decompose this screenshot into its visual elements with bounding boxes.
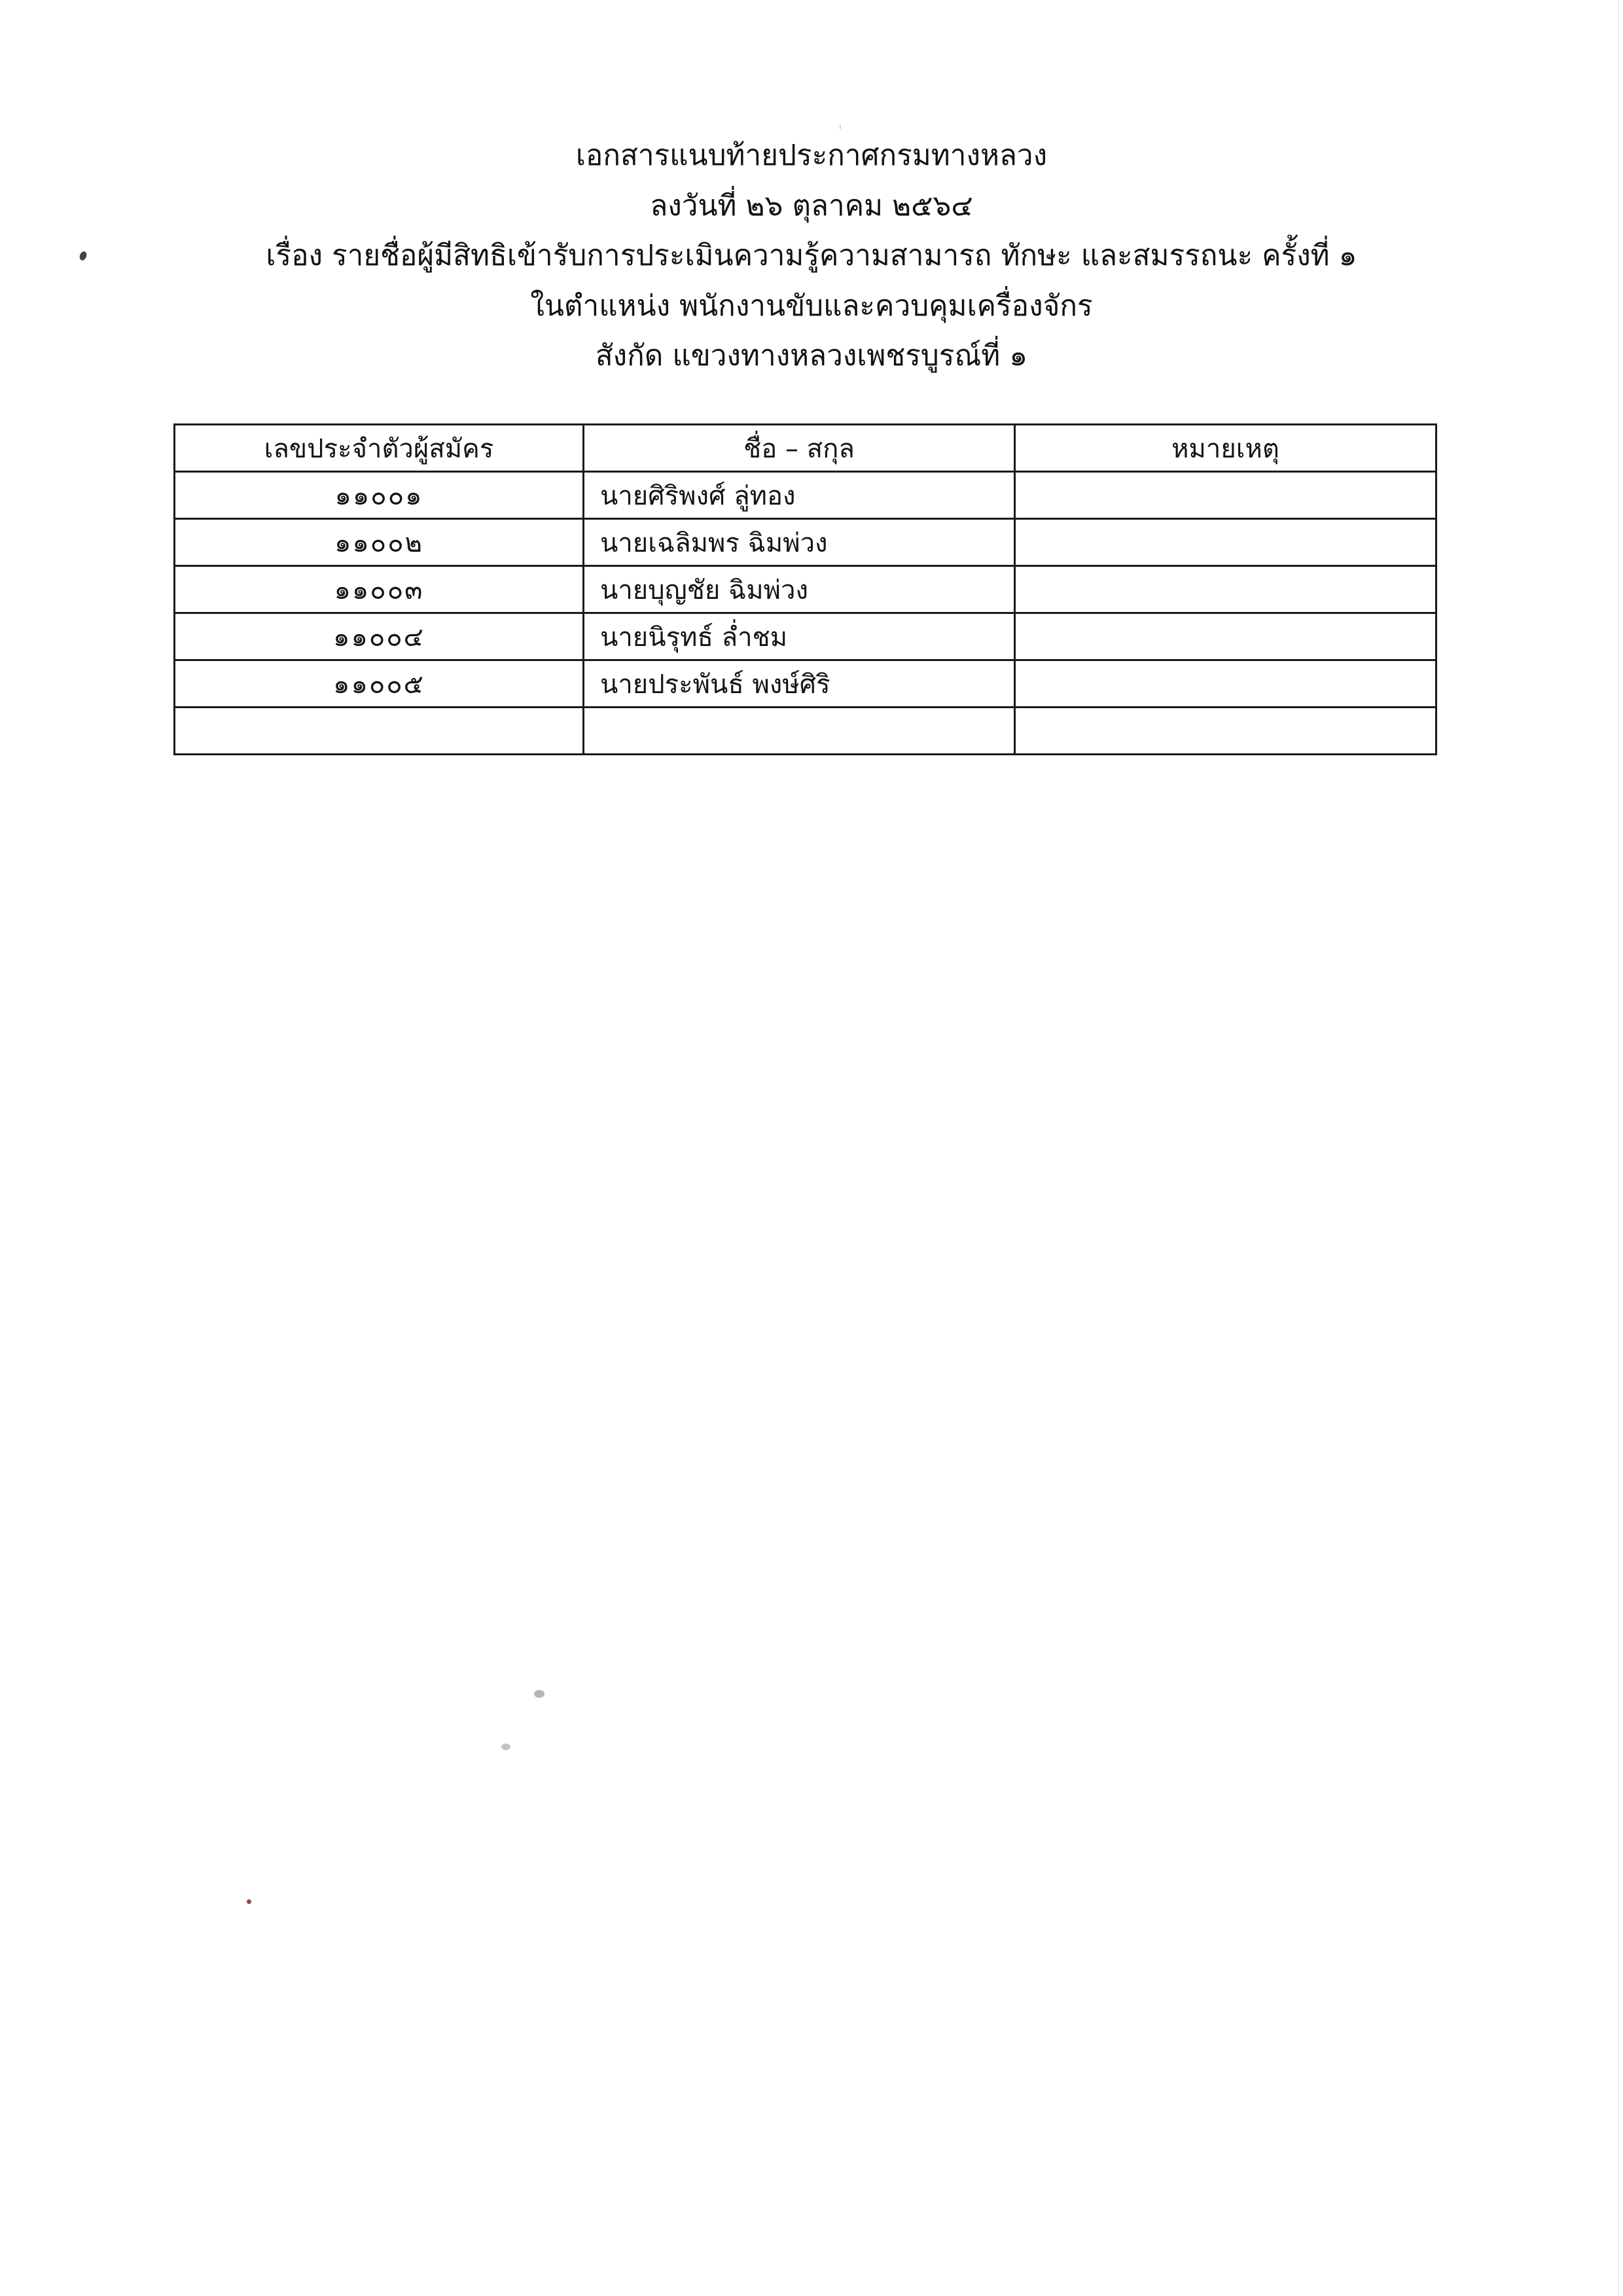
scan-speck	[247, 1899, 251, 1904]
remarks-cell	[1015, 708, 1436, 755]
remarks-cell	[1015, 519, 1436, 566]
table-row: ๑๑๐๐๑ นายศิริพงศ์ ลู่ทอง	[175, 472, 1436, 519]
column-header-remarks: หมายเหตุ	[1015, 425, 1436, 472]
applicant-id-cell	[175, 708, 584, 755]
candidate-table: เลขประจำตัวผู้สมัคร ชื่อ – สกุล หมายเหตุ…	[173, 423, 1437, 755]
table-row: ๑๑๐๐๕ นายประพันธ์ พงษ์ศิริ	[175, 660, 1436, 708]
header-date: ลงวันที่ ๒๖ ตุลาคม ๒๕๖๔	[0, 181, 1623, 232]
remarks-cell	[1015, 566, 1436, 613]
applicant-name-cell: นายนิรุทธ์ ล่ำชม	[584, 613, 1015, 660]
scan-speck	[501, 1744, 510, 1750]
table-header-row: เลขประจำตัวผู้สมัคร ชื่อ – สกุล หมายเหตุ	[175, 425, 1436, 472]
applicant-id-cell: ๑๑๐๐๕	[175, 660, 584, 708]
header-subject: เรื่อง รายชื่อผู้มีสิทธิเข้ารับการประเมิ…	[0, 231, 1623, 281]
remarks-cell	[1015, 472, 1436, 519]
table-row-empty	[175, 708, 1436, 755]
applicant-name-cell: นายประพันธ์ พงษ์ศิริ	[584, 660, 1015, 708]
applicant-name-cell: นายเฉลิมพร ฉิมพ่วง	[584, 519, 1015, 566]
column-header-applicant-id: เลขประจำตัวผู้สมัคร	[175, 425, 584, 472]
applicant-id-cell: ๑๑๐๐๑	[175, 472, 584, 519]
applicant-name-cell: นายบุญชัย ฉิมพ่วง	[584, 566, 1015, 613]
table-row: ๑๑๐๐๓ นายบุญชัย ฉิมพ่วง	[175, 566, 1436, 613]
document-header: เอกสารแนบท้ายประกาศกรมทางหลวง ลงวันที่ ๒…	[0, 131, 1623, 382]
applicant-id-cell: ๑๑๐๐๓	[175, 566, 584, 613]
remarks-cell	[1015, 613, 1436, 660]
applicant-name-cell: นายศิริพงศ์ ลู่ทอง	[584, 472, 1015, 519]
header-position: ในตำแหน่ง พนักงานขับและควบคุมเครื่องจักร	[0, 281, 1623, 332]
table-row: ๑๑๐๐๔ นายนิรุทธ์ ล่ำชม	[175, 613, 1436, 660]
applicant-id-cell: ๑๑๐๐๔	[175, 613, 584, 660]
scan-speck	[840, 124, 841, 130]
remarks-cell	[1015, 660, 1436, 708]
document-page: เอกสารแนบท้ายประกาศกรมทางหลวง ลงวันที่ ๒…	[0, 0, 1623, 2296]
header-title: เอกสารแนบท้ายประกาศกรมทางหลวง	[0, 131, 1623, 181]
applicant-id-cell: ๑๑๐๐๒	[175, 519, 584, 566]
table-row: ๑๑๐๐๒ นายเฉลิมพร ฉิมพ่วง	[175, 519, 1436, 566]
applicant-name-cell	[584, 708, 1015, 755]
scan-speck	[534, 1690, 544, 1698]
column-header-full-name: ชื่อ – สกุล	[584, 425, 1015, 472]
header-affiliation: สังกัด แขวงทางหลวงเพชรบูรณ์ที่ ๑	[0, 331, 1623, 382]
